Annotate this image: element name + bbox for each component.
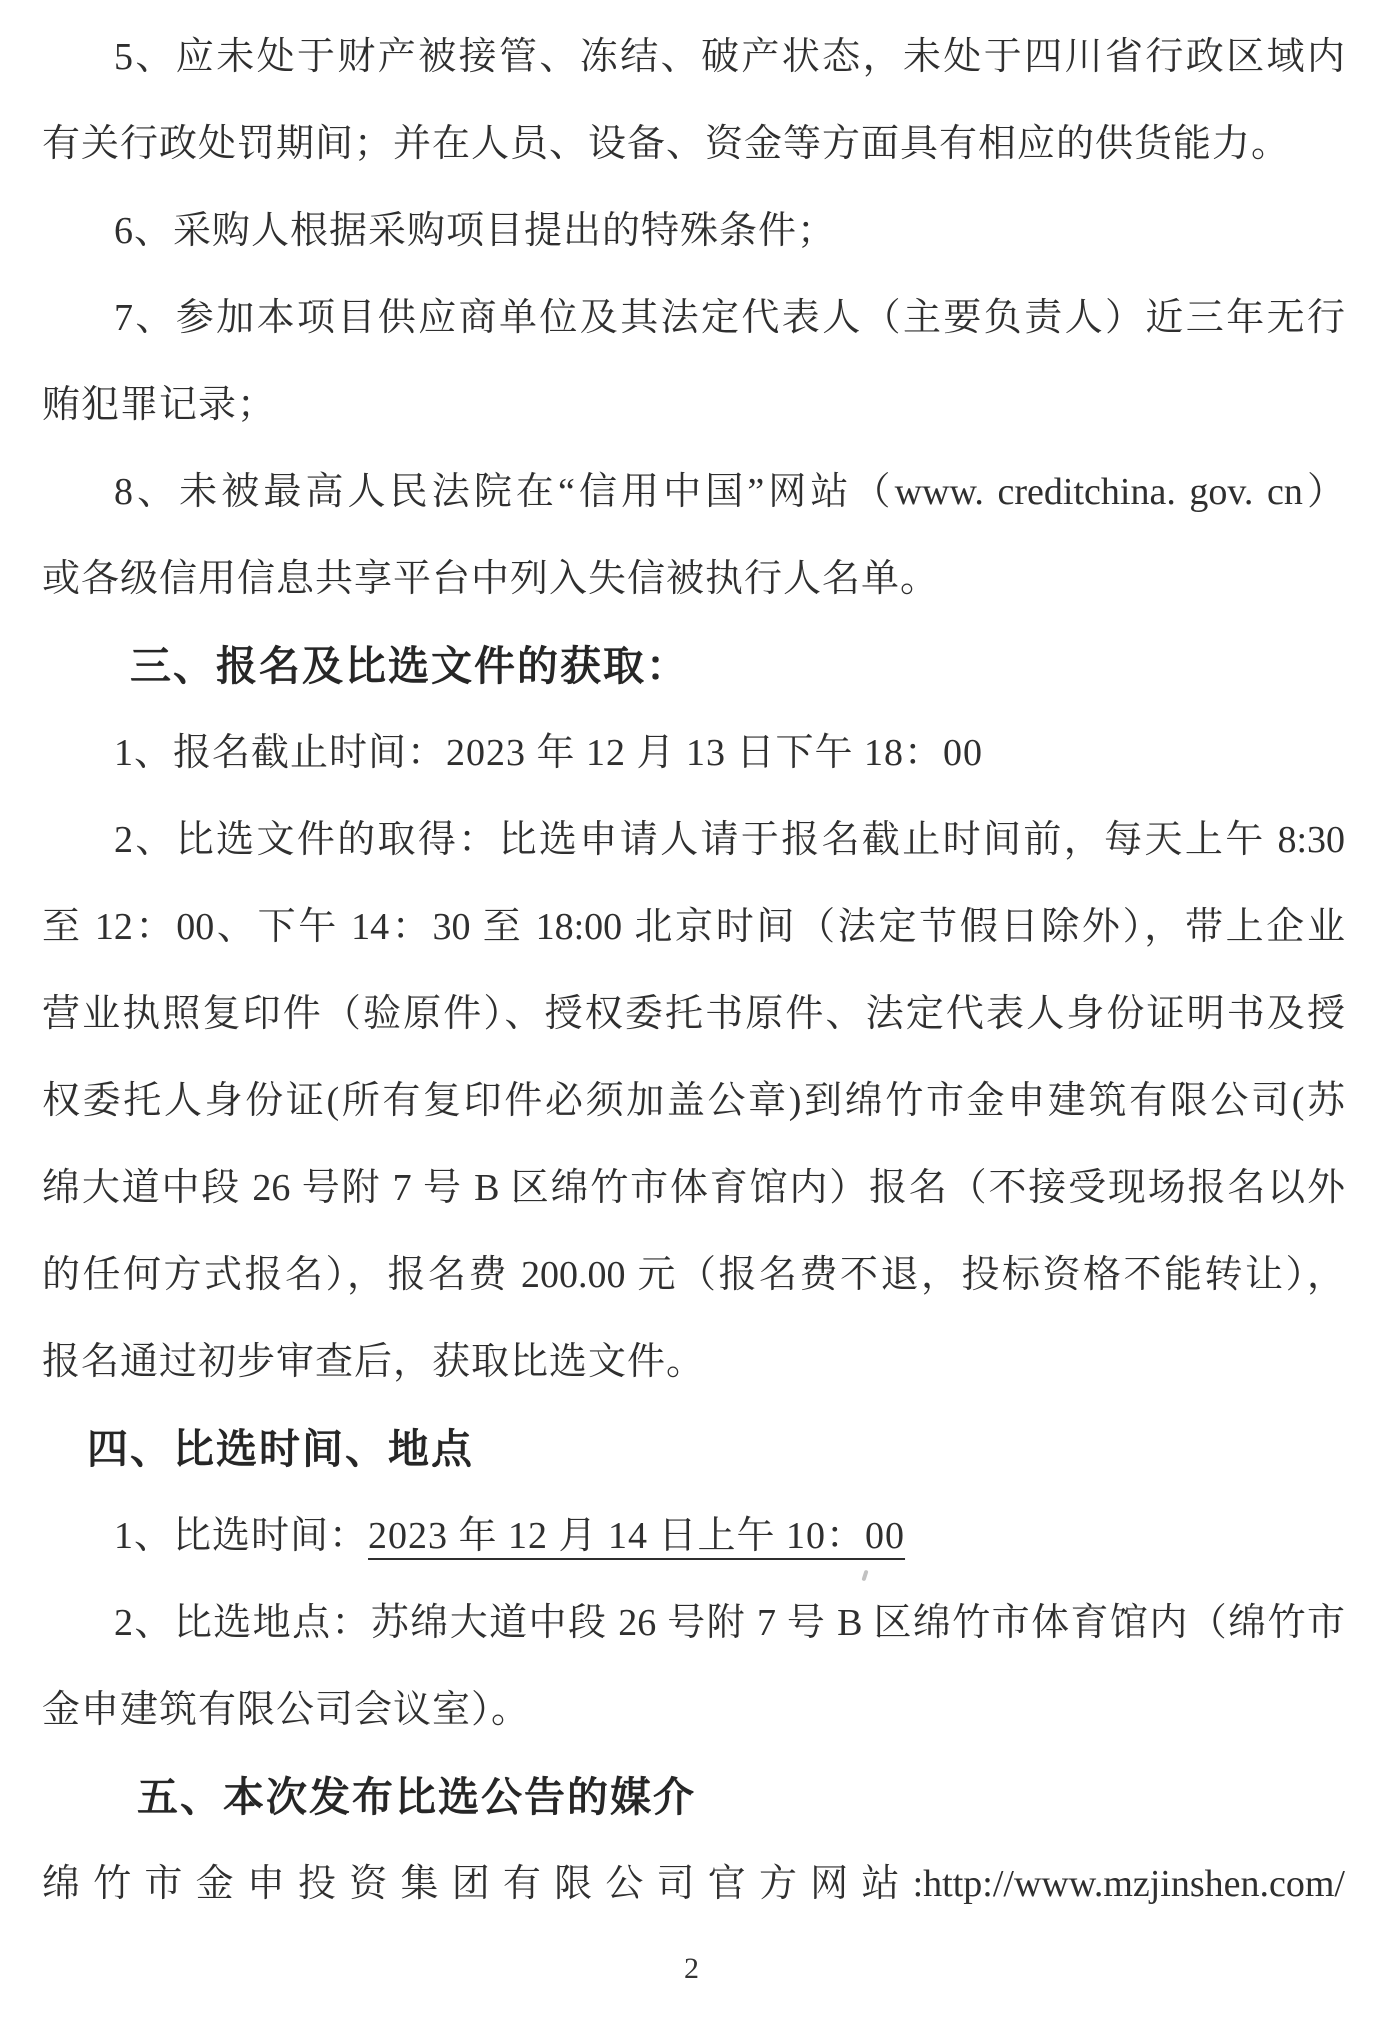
- page-number: 2: [0, 1952, 1383, 1986]
- text-segment: 的任何方式报名），报名费 200.00 元（报名费不退，投标资格不能转让），: [42, 1254, 1345, 1296]
- section-5-media-line: 绵竹市金申投资集团有限公司官方网站:http://www.mzjinshen.c…: [42, 1841, 1345, 1928]
- section-3-item-2-line-4: 权委托人身份证(所有复印件必须加盖公章)到绵竹市金申建筑有限公司(苏: [42, 1058, 1345, 1145]
- section-4-item-2-line-2: 金申建筑有限公司会议室）。: [42, 1667, 1345, 1754]
- text-segment: 2、比选文件的取得：比选申请人请于报名截止时间前，每天上午 8:30: [114, 819, 1345, 861]
- item-8-line-1: 8、未被最高人民法院在“信用中国”网站（www. creditchina. go…: [114, 449, 1345, 536]
- text-segment: 7、参加本项目供应商单位及其法定代表人（主要负责人）近三年无行: [114, 297, 1345, 339]
- section-4-item-1: 1、比选时间：2023 年 12 月 14 日上午 10：00: [114, 1493, 1345, 1580]
- text-segment: 权委托人身份证(所有复印件必须加盖公章)到绵竹市金申建筑有限公司(苏: [42, 1080, 1345, 1122]
- section-3-item-2-line-6: 的任何方式报名），报名费 200.00 元（报名费不退，投标资格不能转让），: [42, 1232, 1345, 1319]
- item-7-line-1: 7、参加本项目供应商单位及其法定代表人（主要负责人）近三年无行: [114, 275, 1345, 362]
- section-3-heading: 三、报名及比选文件的获取：: [130, 623, 1345, 710]
- text-segment: 营业执照复印件（验原件）、授权委托书原件、法定代表人身份证明书及授: [42, 993, 1345, 1035]
- item-6-line-1: 6、采购人根据采购项目提出的特殊条件；: [114, 188, 1345, 275]
- item-5-line-2: 有关行政处罚期间；并在人员、设备、资金等方面具有相应的供货能力。: [42, 101, 1345, 188]
- text-segment: 三、报名及比选文件的获取：: [130, 643, 689, 689]
- text-segment: 6、采购人根据采购项目提出的特殊条件；: [114, 210, 836, 252]
- text-segment: 1、比选时间：: [114, 1515, 368, 1557]
- text-segment: 四、比选时间、地点: [87, 1426, 474, 1472]
- section-3-item-1: 1、报名截止时间：2023 年 12 月 13 日下午 18：00: [114, 710, 1345, 797]
- text-segment: 报名通过初步审查后，获取比选文件。: [42, 1341, 705, 1383]
- text-segment: 或各级信用信息共享平台中列入失信被执行人名单。: [42, 558, 939, 600]
- text-segment: 8、未被最高人民法院在“信用中国”网站（www. creditchina. go…: [114, 471, 1345, 513]
- text-segment: 金申建筑有限公司会议室）。: [42, 1689, 530, 1731]
- section-4-heading: 四、比选时间、地点: [87, 1406, 1345, 1493]
- item-7-line-2: 贿犯罪记录；: [42, 362, 1345, 449]
- section-5-heading: 五、本次发布比选公告的媒介: [137, 1754, 1345, 1841]
- scanned-document-page: 5、应未处于财产被接管、冻结、破产状态，未处于四川省行政区域内有关行政处罚期间；…: [0, 0, 1383, 2034]
- section-4-item-2-line-1: 2、比选地点：苏绵大道中段 26 号附 7 号 B 区绵竹市体育馆内（绵竹市: [114, 1580, 1345, 1667]
- section-3-item-2-line-7: 报名通过初步审查后，获取比选文件。: [42, 1319, 1345, 1406]
- text-segment: 五、本次发布比选公告的媒介: [137, 1774, 696, 1820]
- underlined-text-segment: 2023 年 12 月 14 日上午 10：00: [368, 1515, 905, 1557]
- section-3-item-2-line-1: 2、比选文件的取得：比选申请人请于报名截止时间前，每天上午 8:30: [114, 797, 1345, 884]
- item-5-line-1: 5、应未处于财产被接管、冻结、破产状态，未处于四川省行政区域内: [114, 14, 1345, 101]
- text-segment: 1、报名截止时间：2023 年 12 月 13 日下午 18：00: [114, 732, 983, 774]
- text-segment: 至 12：00、下午 14：30 至 18:00 北京时间（法定节假日除外），带…: [42, 906, 1345, 948]
- section-3-item-2-line-2: 至 12：00、下午 14：30 至 18:00 北京时间（法定节假日除外），带…: [42, 884, 1345, 971]
- document-body: 5、应未处于财产被接管、冻结、破产状态，未处于四川省行政区域内有关行政处罚期间；…: [42, 14, 1345, 1928]
- section-3-item-2-line-5: 绵大道中段 26 号附 7 号 B 区绵竹市体育馆内）报名（不接受现场报名以外: [42, 1145, 1345, 1232]
- section-3-item-2-line-3: 营业执照复印件（验原件）、授权委托书原件、法定代表人身份证明书及授: [42, 971, 1345, 1058]
- text-segment: 2、比选地点：苏绵大道中段 26 号附 7 号 B 区绵竹市体育馆内（绵竹市: [114, 1602, 1345, 1644]
- text-segment: 有关行政处罚期间；并在人员、设备、资金等方面具有相应的供货能力。: [42, 123, 1290, 165]
- text-segment: 绵大道中段 26 号附 7 号 B 区绵竹市体育馆内）报名（不接受现场报名以外: [42, 1167, 1345, 1209]
- text-segment: 5、应未处于财产被接管、冻结、破产状态，未处于四川省行政区域内: [114, 36, 1345, 78]
- text-segment: 贿犯罪记录；: [42, 384, 276, 426]
- item-8-line-2: 或各级信用信息共享平台中列入失信被执行人名单。: [42, 536, 1345, 623]
- text-segment: 绵竹市金申投资集团有限公司官方网站:http://www.mzjinshen.c…: [42, 1863, 1345, 1905]
